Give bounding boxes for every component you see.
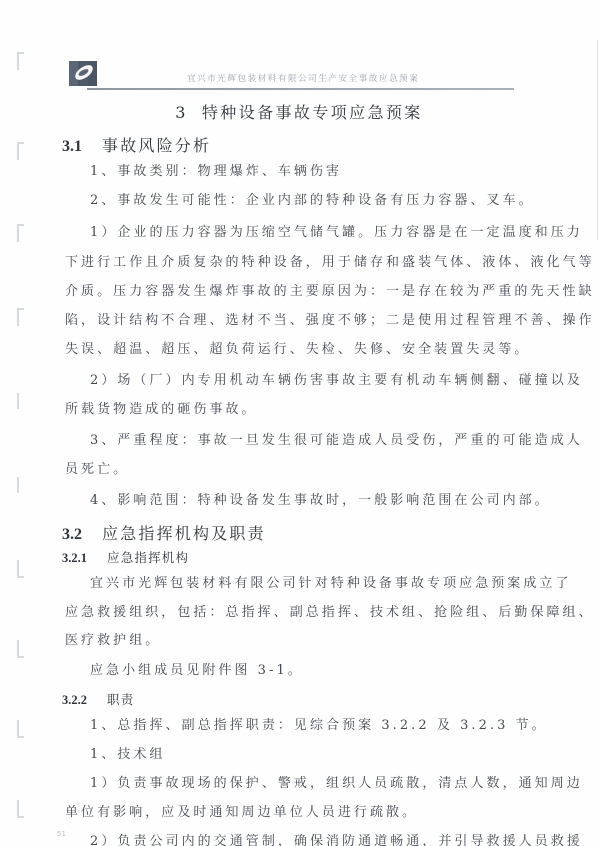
paragraph-line: 3、严重程度：事故一旦发生很可能造成人员受伤，严重的可能造成人 [90, 432, 570, 450]
running-header-title: 宜兴市光辉包装材料有限公司生产安全事故应急预案 [187, 72, 419, 84]
binder-mark [17, 560, 24, 578]
header-rule [87, 88, 514, 90]
section-heading-3-2: 3.2应急指挥机构及职责 [62, 521, 266, 544]
paragraph-line: 2）场（厂）内专用机动车辆伤害事故主要有机动车辆侧翻、碰撞以及 [90, 372, 570, 390]
binder-mark [17, 224, 24, 242]
section-heading-3-1: 3.1事故风险分析 [62, 133, 211, 156]
paragraph-line: 2）负责公司内的交通管制，确保消防通道畅通，并引导救援人员救援 [90, 833, 570, 846]
binder-mark [17, 308, 24, 326]
binder-mark [17, 142, 24, 160]
subsection-heading-3-2-2: 3.2.2职责 [62, 690, 134, 708]
paragraph-line: 所载货物造成的砸伤事故。 [65, 401, 545, 419]
page-number: 51 [57, 830, 66, 838]
document-page: 宜兴市光辉包装材料有限公司生产安全事故应急预案 3特种设备事故专项应急预案 3.… [0, 0, 598, 846]
paragraph-line: 陷，设计结构不合理、选材不当、强度不够；二是使用过程管理不善、操作 [65, 312, 545, 330]
paragraph-line: 介质。压力容器发生爆炸事故的主要原因为：一是存在较为严重的先天性缺 [65, 283, 545, 301]
paragraph-line: 医疗救护组。 [65, 632, 545, 650]
paragraph-line: 宜兴市光辉包装材料有限公司针对特种设备事故专项应急预案成立了 [90, 575, 570, 593]
paragraph-line: 1）负责事故现场的保护、警戒，组织人员疏散，清点人数，通知周边 [90, 775, 570, 793]
paragraph-line: 失误、超温、超压、超负荷运行、失检、失修、安全装置失灵等。 [65, 341, 545, 359]
paragraph-line: 下进行工作且介质复杂的特种设备，用于储存和盛装气体、液体、液化气等 [65, 254, 545, 272]
binder-mark [17, 477, 24, 493]
paragraph-line: 单位有影响，应及时通知周边单位人员进行疏散。 [65, 804, 545, 822]
chapter-title: 3特种设备事故专项应急预案 [0, 100, 598, 123]
paragraph-line: 1、事故类别：物理爆炸、车辆伤害 [90, 163, 570, 181]
binder-mark [17, 393, 24, 409]
binder-mark [17, 800, 24, 818]
paragraph-line: 4、影响范围：特种设备发生事故时，一般影响范围在公司内部。 [90, 492, 570, 510]
binder-mark [17, 720, 24, 738]
paragraph-line: 应急小组成员见附件图 3-1。 [90, 662, 570, 680]
chapter-title-text: 特种设备事故专项应急预案 [202, 103, 423, 122]
paragraph-line: 2、事故发生可能性：企业内部的特种设备有压力容器、叉车。 [90, 192, 570, 210]
binder-mark [17, 52, 24, 70]
paragraph-line: 应急救援组织，包括：总指挥、副总指挥、技术组、抢险组、后勤保障组、 [65, 604, 545, 622]
paragraph-line: 员死亡。 [65, 461, 545, 479]
paragraph-line: 1、技术组 [90, 746, 570, 764]
paragraph-line: 1、总指挥、副总指挥职责：见综合预案 3.2.2 及 3.2.3 节。 [90, 717, 570, 735]
paragraph-line: 1）企业的压力容器为压缩空气储气罐。压力容器是在一定温度和压力 [90, 224, 570, 242]
binder-mark [17, 640, 24, 658]
chapter-number: 3 [175, 103, 188, 122]
company-logo-icon [69, 61, 97, 86]
subsection-heading-3-2-1: 3.2.1应急指挥机构 [62, 548, 189, 566]
